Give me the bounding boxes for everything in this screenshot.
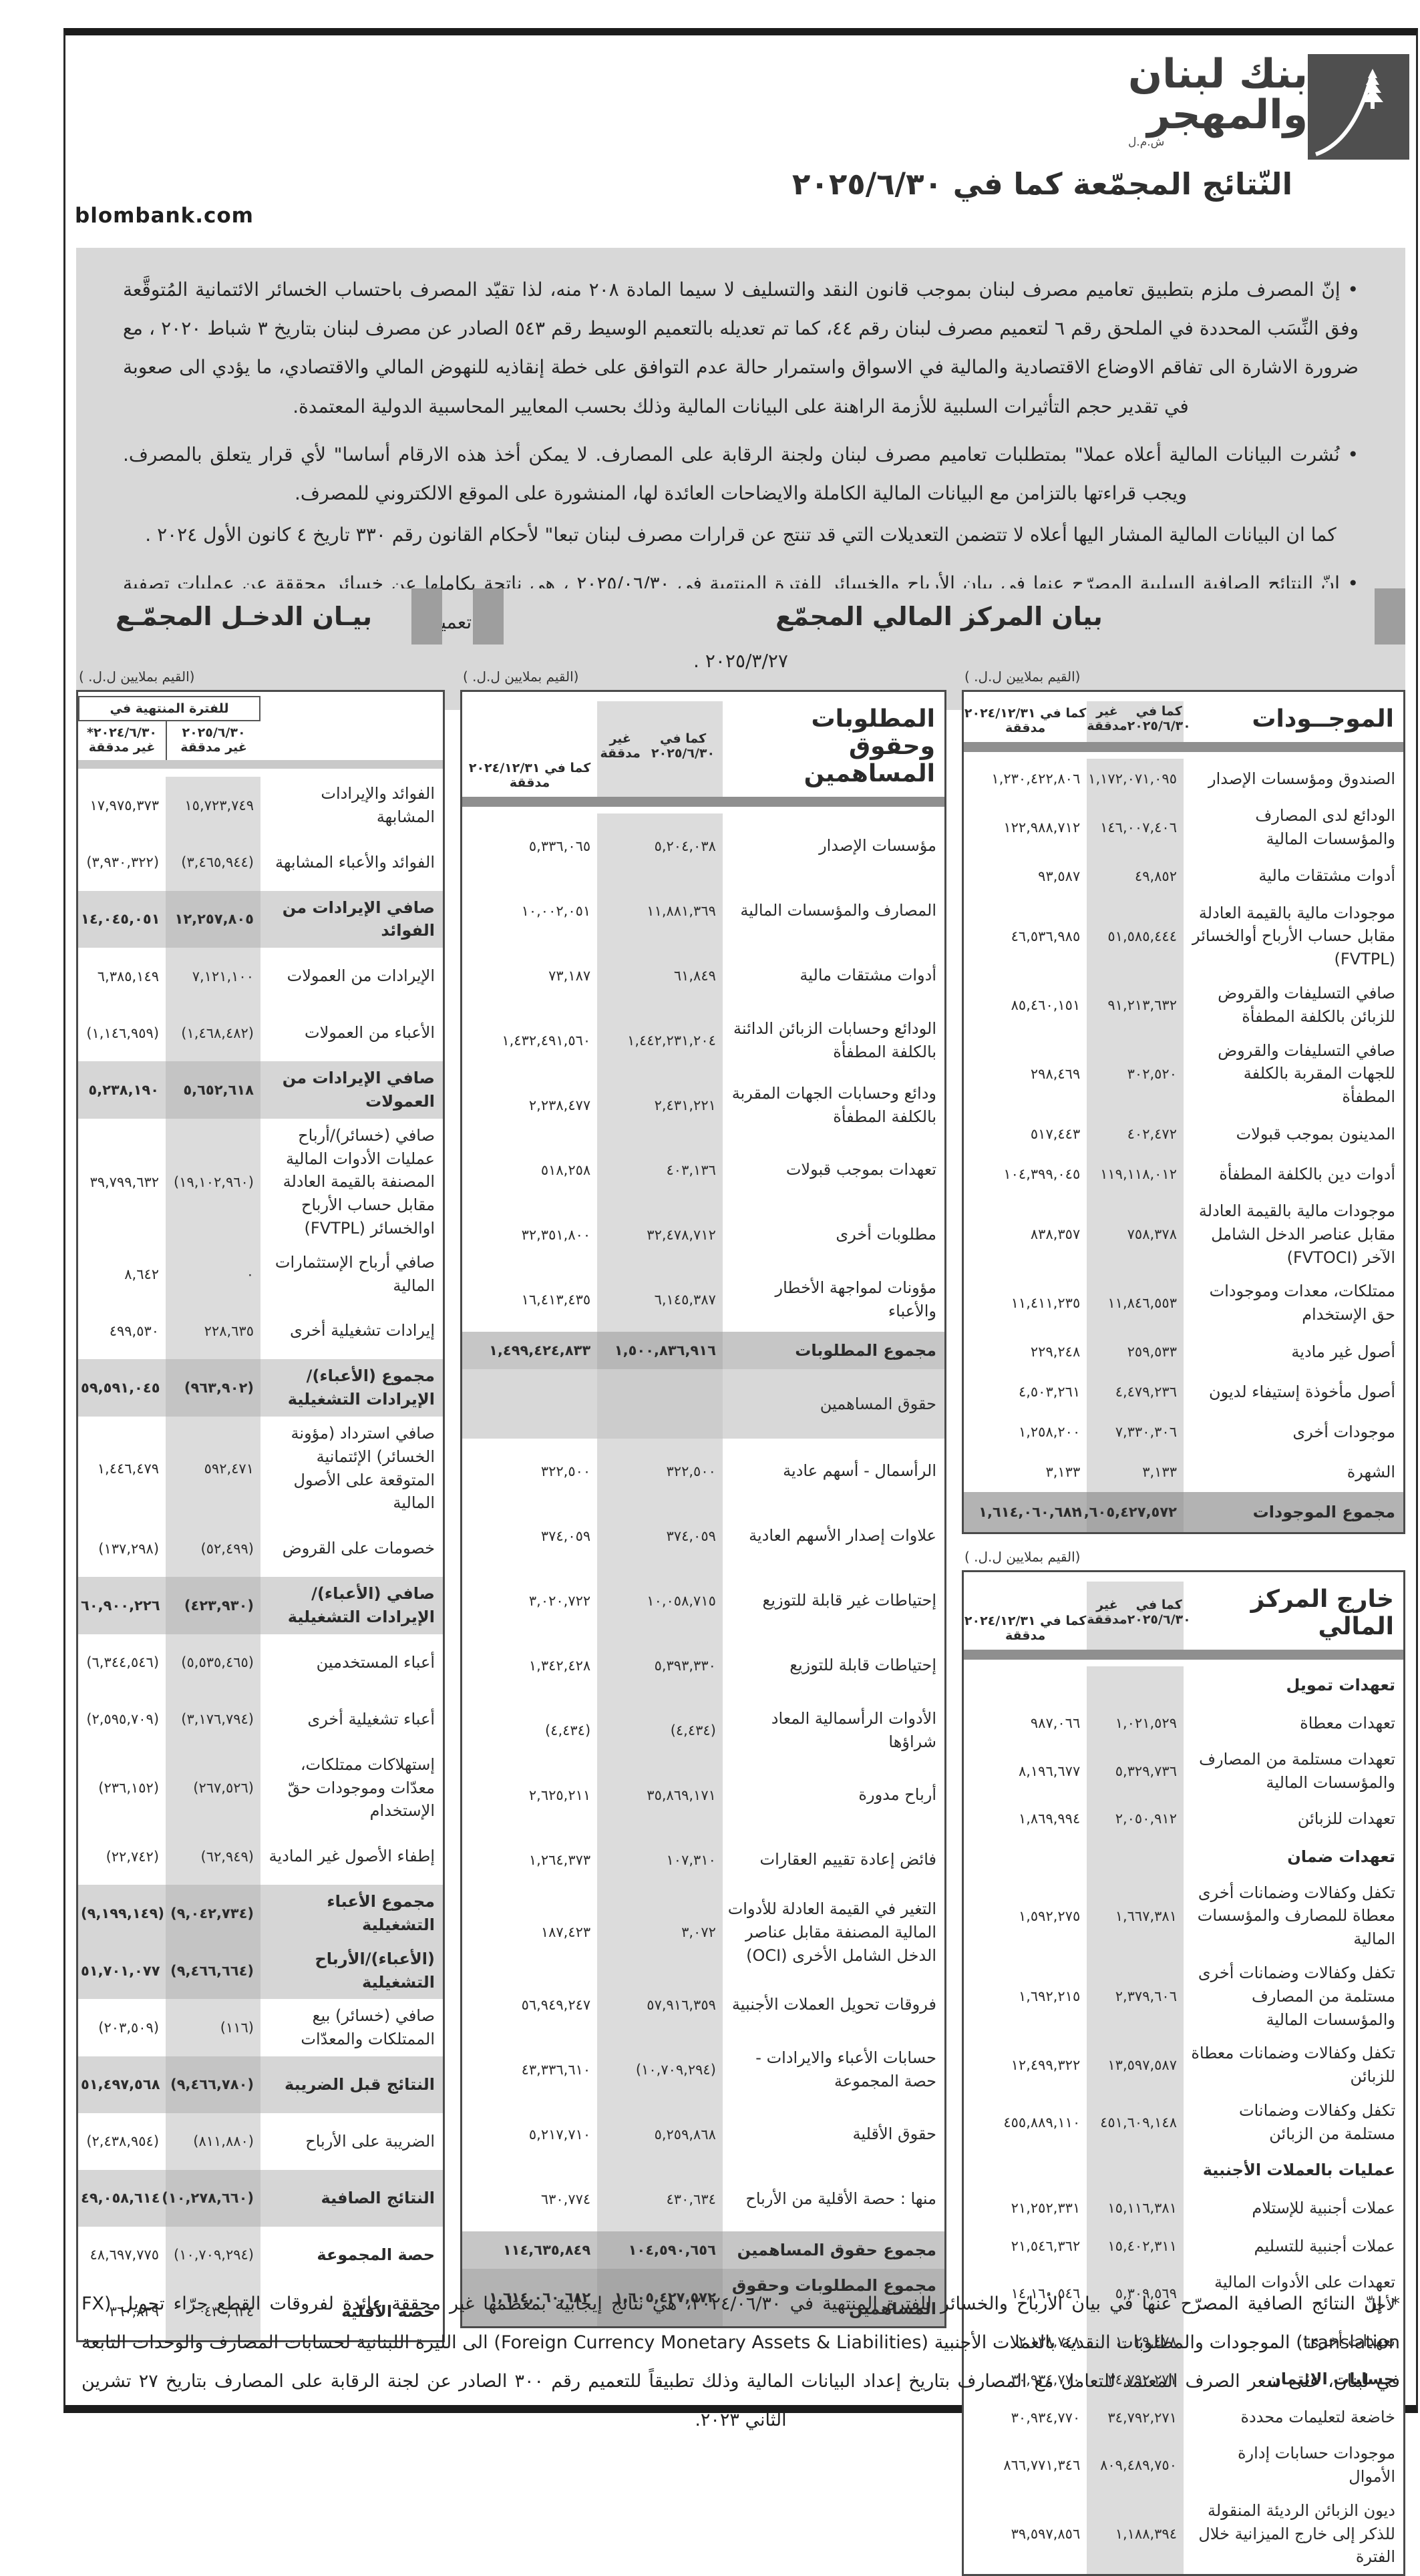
value-2024: ٣٢,٣٥١,٨٠٠ [462,1222,597,1248]
value-2024: ٥,٣٣٦,٠٦٥ [462,833,597,860]
column-header-audit-status: غير مدققة [168,740,259,755]
value-2025: ١,١٨٨,٣٩٤ [1087,2494,1184,2574]
column-header-audit-status: غير مدققة [1087,1598,1127,1627]
row-label: فروقات تحويل العملات الأجنبية [723,1988,944,2022]
value-2025 [1087,1838,1184,1876]
table-title: المطلوبات وحقوق المساهمين [723,701,944,797]
units-note: (القيم بملايين ل.ل. ) [76,669,445,690]
row-label: إيرادات تشغيلية أخرى [260,1314,443,1348]
bank-name-line1: بنك لبنان [1128,54,1308,95]
value-2025: ١١,٨٨١,٣٦٩ [597,878,723,943]
row-label: إحتياطات غير قابلة للتوزيع [723,1584,944,1618]
value-2025: (٢٦٧,٥٢٦) [166,1748,260,1828]
value-2024: ٣,١٣٣ [964,1459,1087,1485]
value-2025: ٢,٤٣١,٢٢١ [597,1073,723,1137]
value-2024: ١,٢٥٨,٢٠٠ [964,1419,1087,1445]
table-row: حقوق الأقلية٥,٢٥٩,٨٦٨٥,٢١٧,٧١٠ [462,2102,944,2167]
value-2025: ٥,٢٥٩,٨٦٨ [597,2102,723,2167]
value-2025: ١١٩,١١٨,٠١٢ [1087,1154,1184,1194]
value-2024: (٢,٥٩٥,٧٠٩) [78,1706,166,1732]
value-2025: ١٣,٥٩٧,٥٨٧ [1087,2036,1184,2094]
value-2025: (٩,٠٤٢,٧٣٤) [166,1885,260,1942]
value-2024 [964,1851,1087,1862]
value-2024: ٨,٦٤٢ [78,1261,166,1288]
value-2024: ٨٦٦,٧٧١,٣٤٦ [964,2452,1087,2478]
value-2025: ٥,٢٠٤,٠٣٨ [597,813,723,878]
table-row: صافي التسليفات والقروض للزبائن بالكلفة ا… [964,976,1403,1034]
row-label: عمليات بالعملات الأجنبية [1184,2153,1403,2187]
table-header: المطلوبات وحقوق المساهمينكما في ٢٠٢٥/٦/٣… [462,692,944,797]
value-2024: ١٠,٠٠٢,٠٥١ [462,898,597,924]
value-2024: ٥١,٧٠١,٠٧٧ [78,1958,166,1984]
value-2024: ١,٣٤٢,٤٢٨ [462,1652,597,1679]
value-2024: ٣٧٤,٠٥٩ [462,1523,597,1549]
value-2024: (٢٠٣,٥٠٩) [78,2014,166,2041]
value-2025: ٩١,٢١٣,٦٣٢ [1087,976,1184,1034]
table-row: موجودات حسابات إدارة الأموال٨٠٩,٤٨٩,٧٥٠٨… [964,2436,1403,2494]
value-2025: ١١,٨٤٦,٥٥٣ [1087,1274,1184,1332]
value-2024: ٢٩٨,٤٦٩ [964,1061,1087,1087]
value-2024: ٢٢٩,٢٤٨ [964,1338,1087,1365]
value-2025: (١,٤٦٨,٤٨٢) [166,1004,260,1061]
value-2024: (٤,٤٣٤) [462,1717,597,1744]
value-2024: ٤٩٩,٥٣٠ [78,1318,166,1344]
row-label: تعهدات معطاة [1184,1706,1403,1740]
table-row: المدينون بموجب قبولات٤٠٢,٤٧٢٥١٧,٤٤٣ [964,1114,1403,1154]
value-2025: (٥٢,٤٩٩) [166,1520,260,1577]
section-title-income-statement: بيـان الدخـل المجمّـع [76,588,442,645]
table-row: أعباء المستخدمين(٥,٥٣٥,٤٦٥)(٦,٣٤٤,٥٤٦) [78,1634,443,1691]
column-header: كما في ٢٠٢٥/٦/٣٠غير مدققة [1087,701,1184,742]
value-2024: ٥١٨,٢٥٨ [462,1157,597,1183]
table-row: الأعباء من العمولات(١,٤٦٨,٤٨٢)(١,١٤٦,٩٥٩… [78,1004,443,1061]
page-frame: بنك لبنان والمهجر ش.م.ل النّتائج المجمّع… [63,28,1418,2413]
value-2024: ٨,١٩٦,٦٧٧ [964,1758,1087,1785]
table-row: صافي أرباح الإستثمارات المالية٠٨,٦٤٢ [78,1246,443,1303]
row-label: موجودات حسابات إدارة الأموال [1184,2436,1403,2494]
column-header: *٢٠٢٤/٦/٣٠غير مدققة [78,720,166,760]
row-label: أصول مأخوذة إستيفاء لديون [1184,1375,1403,1409]
table-row: أصول مأخوذة إستيفاء لديون٤,٤٧٩,٢٣٦٤,٥٠٣,… [964,1372,1403,1412]
table-title: الموجــودات [1184,701,1403,742]
column-header-date: كما في ٢٠٢٥/٦/٣٠ [1127,1598,1191,1627]
row-label: الإيرادات من العمولات [260,959,443,993]
cedar-logo-icon [1308,54,1409,160]
table-header: الموجــوداتكما في ٢٠٢٥/٦/٣٠غير مدققةكما … [964,692,1403,742]
table-row: علاوات إصدار الأسهم العادية٣٧٤,٠٥٩٣٧٤,٠٥… [462,1503,944,1568]
row-label: الفوائد والأعباء المشابهة [260,846,443,880]
value-2025: ٢٢٨,٦٣٥ [166,1302,260,1359]
row-label: صافي أرباح الإستثمارات المالية [260,1246,443,1303]
value-2024: ٢,٦٢٥,٢١١ [462,1782,597,1809]
value-2024: ١,٤٣٢,٤٩١,٥٦٠ [462,1027,597,1054]
table-row: أرباح مدورة٣٥,٨٦٩,١٧١٢,٦٢٥,٢١١ [462,1763,944,1827]
total-row: مجموع حقوق المساهمين١٠٤,٥٩٠,٦٥٦١١٤,٦٣٥,٨… [462,2231,944,2269]
value-2024: ٧٣,١٨٧ [462,962,597,989]
value-2024: ١٨٧,٤٢٣ [462,1919,597,1946]
value-2025: ٤٩,٨٥٢ [1087,856,1184,896]
subheader-row: عمليات بالعملات الأجنبية [964,2151,1403,2189]
website-url: blombank.com [75,204,254,228]
row-label: علاوات إصدار الأسهم العادية [723,1519,944,1553]
column-header-date: كما في ٢٠٢٤/١٢/٣١ [964,706,1087,721]
row-label: الرأسمال - أسهم عادية [723,1454,944,1488]
value-2025: ٥,٦٥٢,٦١٨ [166,1061,260,1119]
table-row: تكفل وكفالات وضمانات مستلمة من الزبائن٤٥… [964,2094,1403,2151]
value-2024: (٢٣٦,١٥٢) [78,1775,166,1801]
value-2025: ٤٣٠,٦٣٤ [597,2167,723,2231]
row-label: أرباح مدورة [723,1778,944,1812]
band-end-square [1375,588,1405,645]
value-2025: ٢٥٩,٥٣٣ [1087,1332,1184,1372]
table-row: الفوائد والأعباء المشابهة(٣,٤٦٥,٩٤٤)(٣,٩… [78,834,443,891]
value-2025: ١٥,٧٢٣,٧٤٩ [166,777,260,834]
subheader-row: تعهدات ضمان [964,1838,1403,1876]
row-label: صافي استرداد (مؤونة الخسائر) الإئتمانية … [260,1417,443,1520]
row-label: مؤونات لمواجهة الأخطار والأعباء [723,1271,944,1328]
value-2024: ٥١,٤٩٧,٥٦٨ [78,2071,166,2098]
value-2024: ١١,٤١١,٢٣٥ [964,1290,1087,1316]
column-header-date: *٢٠٢٤/٦/٣٠ [79,725,164,740]
income-table-header: للفترة المنتهية في٢٠٢٥/٦/٣٠غير مدققة*٢٠٢… [78,692,443,760]
value-2024: ١١٤,٦٣٥,٨٤٩ [462,2237,597,2263]
value-2025: ٢,٠٥٠,٩١٢ [1087,1800,1184,1838]
row-label: صافي التسليفات والقروض للجهات المقربة با… [1184,1034,1403,1114]
value-2025: (٥,٥٣٥,٤٦٥) [166,1634,260,1691]
units-note: (القيم بملايين ل.ل. ) [460,669,946,690]
row-label: مجموع المطلوبات [723,1334,944,1368]
intro-paragraph: • إنّ المصرف ملزم بتطبيق تعاميم مصرف لبن… [123,270,1359,426]
value-2025: (٩,٤٦٦,٧٨٠) [166,2056,260,2113]
value-2025: ٤٠٣,١٣٦ [597,1137,723,1202]
table-row: موجودات مالية بالقيمة العادلة مقابل حساب… [964,896,1403,976]
value-2025: (٩,٤٦٦,٦٦٤) [166,1942,260,2000]
table-row: إحتياطات غير قابلة للتوزيع١٠,٠٥٨,٧١٥٣,٠٢… [462,1568,944,1633]
table-row: مطلوبات أخرى٣٢,٤٧٨,٧١٢٣٢,٣٥١,٨٠٠ [462,1202,944,1267]
section-title-financial-position: بيان المركز المالي المجمّع [473,588,1405,645]
row-label: موجودات مالية بالقيمة العادلة مقابل حساب… [1184,896,1403,976]
value-2025: ٧,١٢١,١٠٠ [166,948,260,1004]
row-label: تعهدات تمويل [1184,1668,1403,1702]
value-2024: ١,٥٩٢,٢٧٥ [964,1903,1087,1929]
row-label: ممتلكات، معدات وموجودات حق الإستخدام [1184,1274,1403,1332]
table-row: تعهدات مستلمة من المصارف والمؤسسات المال… [964,1742,1403,1800]
table-row: الشهرة٣,١٣٣٣,١٣٣ [964,1452,1403,1492]
value-2025 [1087,1666,1184,1704]
row-label: تعهدات للزبائن [1184,1802,1403,1836]
column-header-audit-status: غير مدققة [79,740,164,755]
value-2025: ٥,٣٩٣,٣٣٠ [597,1633,723,1698]
value-2024: ١٤,٠٤٥,٠٥١ [78,906,166,932]
row-label: صافي الإيرادات من الفوائد [260,891,443,948]
row-label: أعباء المستخدمين [260,1646,443,1680]
total-row: صافي (الأعباء)/ الإيرادات التشغيلية(٤٢٣,… [78,1577,443,1634]
value-2025: (١٠,٧٠٩,٢٩٤) [597,2037,723,2102]
row-label: صافي (الأعباء)/ الإيرادات التشغيلية [260,1577,443,1634]
value-2024: ١,٦٩٢,٢١٥ [964,1983,1087,2010]
column-header: كما في ٢٠٢٥/٦/٣٠غير مدققة [597,701,723,797]
row-label: إستهلاكات ممتلكات، معدّات وموجودات حقّ ا… [260,1748,443,1828]
value-2025: ١٤٦,٠٠٧,٤٠٦ [1087,799,1184,856]
value-2025: ١,١٧٢,٠٧١,٠٩٥ [1087,759,1184,799]
table-row: مؤسسات الإصدار٥,٢٠٤,٠٣٨٥,٣٣٦,٠٦٥ [462,813,944,878]
table-row: الرأسمال - أسهم عادية٣٢٢,٥٠٠٣٢٢,٥٠٠ [462,1439,944,1503]
row-label: صافي (خسائر)/أرباح عمليات الأدوات المالي… [260,1119,443,1246]
row-label: تكفل وكفالات وضمانات مستلمة من الزبائن [1184,2094,1403,2151]
table-row: موجودات مالية بالقيمة العادلة مقابل عناص… [964,1194,1403,1274]
value-2025: ٧٥٨,٣٧٨ [1087,1194,1184,1274]
row-label: حقوق الأقلية [723,2117,944,2151]
row-label: التغير في القيمة العادلة للأدوات المالية… [723,1892,944,1972]
value-2024: ١٠٤,٣٩٩,٠٤٥ [964,1161,1087,1187]
value-2024: ٢,٢٣٨,٤٧٧ [462,1092,597,1119]
row-label: مجموع (الأعباء)/ الإيرادات التشغيلية [260,1359,443,1417]
value-2024: ٥١٧,٤٤٣ [964,1121,1087,1147]
row-label: أعباء تشغيلية أخرى [260,1702,443,1736]
value-2025: ١,٤٤٢,٢٣١,٢٠٤ [597,1008,723,1073]
row-label: تكفل وكفالات وضمانات أخرى مستلمة من المص… [1184,1956,1403,2036]
value-2025: ١,٠٢١,٥٢٩ [1087,1704,1184,1742]
value-2025: ٤,٤٧٩,٢٣٦ [1087,1372,1184,1412]
value-2025: (٦٢,٩٤٩) [166,1828,260,1885]
intro-paragraph: • نُشرت البيانات المالية أعلاه عملا" بمت… [123,435,1359,513]
table-row: إيرادات تشغيلية أخرى٢٢٨,٦٣٥٤٩٩,٥٣٠ [78,1302,443,1359]
value-2024: ٦,٣٨٥,١٤٩ [78,963,166,990]
value-2024: ٥٩,٥٩١,٠٤٥ [78,1374,166,1401]
column-header-date: كما في ٢٠٢٥/٦/٣٠ [1127,704,1191,733]
table-row: تكفل وكفالات وضمانات معطاة للزبائن١٣,٥٩٧… [964,2036,1403,2094]
row-label: صافي التسليفات والقروض للزبائن بالكلفة ا… [1184,976,1403,1034]
table-row: أعباء تشغيلية أخرى(٣,١٧٦,٧٩٤)(٢,٥٩٥,٧٠٩) [78,1691,443,1748]
row-label: خصومات على القروض [260,1531,443,1566]
value-2025: ٥٩٢,٤٧١ [166,1417,260,1520]
value-2025: ٣,١٣٣ [1087,1452,1184,1492]
column-header: كما في ٢٠٢٤/١٢/٣١مدققة [462,761,597,797]
intro-paragraph: كما ان البيانات المالية المشار اليها أعل… [123,516,1359,554]
bank-logo: بنك لبنان والمهجر ش.م.ل [1119,54,1409,160]
value-2025: ٣٢,٤٧٨,٧١٢ [597,1202,723,1267]
row-label: (الأعباء)/الأرباح التشغيلية [260,1942,443,2000]
row-label: مطلوبات أخرى [723,1218,944,1252]
table-row: فائض إعادة تقييم العقارات١٠٧,٣١٠١,٢٦٤,٣٧… [462,1827,944,1892]
value-2025: (٤٢٣,٩٣٠) [166,1577,260,1634]
value-2025: ٥١,٥٨٥,٤٤٤ [1087,896,1184,976]
value-2024: (٣,٩٣٠,٣٢٢) [78,849,166,876]
value-2024: ٣٩,٧٩٩,٦٣٢ [78,1169,166,1195]
value-2025: ٦,١٤٥,٣٨٧ [597,1267,723,1332]
table-row: صافي استرداد (مؤونة الخسائر) الإئتمانية … [78,1417,443,1520]
value-2025: ٢,٣٧٩,٦٠٦ [1087,1956,1184,2036]
table-row: حصة المجموعة(١٠,٧٠٩,٢٩٤)٤٨,٦٩٧,٧٧٥ [78,2227,443,2283]
column-header-audit-status: غير مدققة [597,731,643,761]
value-2024: ٢١,٥٤٦,٣٦٢ [964,2233,1087,2259]
row-label: أدوات دين بالكلفة المطفأة [1184,1157,1403,1191]
subheader-row: تعهدات تمويل [964,1666,1403,1704]
value-2024: (٢,٤٣٨,٩٥٤) [78,2128,166,2155]
row-label: فائض إعادة تقييم العقارات [723,1843,944,1877]
row-label: مجموع الأعباء التشغيلية [260,1885,443,1942]
table-title: خارج المركز المالي [1184,1582,1403,1650]
table-row: صافي (خسائر)/أرباح عمليات الأدوات المالي… [78,1119,443,1246]
header-separator [78,760,443,769]
row-label: النتائج قبل الضريبة [260,2068,443,2102]
value-2024: ٤٦,٥٣٦,٩٨٥ [964,923,1087,950]
table-row: الأدوات الرأسمالية المعاد شراؤها(٤,٤٣٤)(… [462,1698,944,1763]
row-label: موجودات أخرى [1184,1415,1403,1449]
row-label: النتائج الصافية [260,2181,443,2215]
bank-wordmark: بنك لبنان والمهجر ش.م.ل [1128,54,1308,149]
value-2024: ٨٣٨,٣٥٧ [964,1221,1087,1248]
row-label: المدينون بموجب قبولات [1184,1117,1403,1151]
column-header-date: كما في ٢٠٢٤/١٢/٣١ [462,761,597,775]
value-2024: ٦٣٠,٧٧٤ [462,2186,597,2213]
value-2024: ٩٨٧,٠٦٦ [964,1710,1087,1736]
table-row: عملات أجنبية للإستلام١٥,١١٦,٣٨١٢١,٢٥٢,٣٣… [964,2189,1403,2227]
liabilities-equity-table: المطلوبات وحقوق المساهمينكما في ٢٠٢٥/٦/٣… [460,690,946,2328]
row-label: تعهدات مستلمة من المصارف والمؤسسات المال… [1184,1742,1403,1800]
value-2025: ١٢,٢٥٧,٨٠٥ [166,891,260,948]
total-row: صافي الإيرادات من الفوائد١٢,٢٥٧,٨٠٥١٤,٠٤… [78,891,443,948]
table-row: صافي التسليفات والقروض للجهات المقربة با… [964,1034,1403,1114]
row-label: الشهرة [1184,1455,1403,1489]
table-row: إطفاء الأصول غير المادية(٦٢,٩٤٩)(٢٢,٧٤٢) [78,1828,443,1885]
table-row: ودائع وحسابات الجهات المقربة بالكلفة الم… [462,1073,944,1137]
header-separator [462,797,944,807]
value-2025: (٣,١٧٦,٧٩٤) [166,1691,260,1748]
table-row: الضريبة على الأرباح(٨١١,٨٨٠)(٢,٤٣٨,٩٥٤) [78,2113,443,2170]
value-2025: ٣٠٢,٥٢٠ [1087,1034,1184,1114]
row-label: الأدوات الرأسمالية المعاد شراؤها [723,1702,944,1759]
value-2024: ٦٠,٩٠٠,٢٢٦ [78,1592,166,1619]
value-2025: (١٠,٢٧٨,٦٦٠) [166,2170,260,2227]
table-row: تعهدات للزبائن٢,٠٥٠,٩١٢١,٨٦٩,٩٩٤ [964,1800,1403,1838]
row-label: الفوائد والإيرادات المشابهة [260,777,443,834]
row-label: إحتياطات قابلة للتوزيع [723,1648,944,1682]
value-2024 [964,2165,1087,2175]
value-2024: ١,٢٣٠,٤٢٢,٨٠٦ [964,765,1087,792]
table-row: تكفل وكفالات وضمانات أخرى مستلمة من المص… [964,1956,1403,2036]
band-end-square [411,588,442,645]
table-row: الصندوق ومؤسسات الإصدار١,١٧٢,٠٧١,٠٩٥١,٢٣… [964,759,1403,799]
table-row: ممتلكات، معدات وموجودات حق الإستخدام١١,٨… [964,1274,1403,1332]
value-2025: (١٠,٧٠٩,٢٩٤) [166,2227,260,2283]
section-bands: بيـان الدخـل المجمّـع بيان المركز المالي… [76,588,1405,645]
table-header: خارج المركز الماليكما في ٢٠٢٥/٦/٣٠غير مد… [964,1572,1403,1650]
value-2024 [964,1680,1087,1690]
total-row: مجموع المطلوبات١,٥٠٠,٨٣٦,٩١٦١,٤٩٩,٤٢٤,٨٣… [462,1332,944,1369]
header-separator [964,1650,1403,1660]
value-2024: ٤٣,٣٣٦,٦١٠ [462,2056,597,2083]
row-label: حصة المجموعة [260,2238,443,2272]
column-header: كما في ٢٠٢٤/١٢/٣١مدققة [964,706,1087,742]
table-row: الودائع وحسابات الزبائن الدائنة بالكلفة … [462,1008,944,1073]
value-2024: (٦,٣٤٤,٥٤٦) [78,1649,166,1676]
income-statement-table: للفترة المنتهية في٢٠٢٥/٦/٣٠غير مدققة*٢٠٢… [76,690,445,2342]
row-label: تعهدات بموجب قبولات [723,1153,944,1187]
value-2024: ٥,٢٣٨,١٩٠ [78,1077,166,1103]
value-2024: (١٣٧,٢٩٨) [78,1535,166,1562]
row-label: عملات أجنبية للتسليم [1184,2229,1403,2263]
bank-name-line2: والمهجر [1128,95,1308,136]
value-2024: (٢٢,٧٤٢) [78,1843,166,1870]
table-row: ديون الزبائن الرديئة المنقولة للذكر إلى … [964,2494,1403,2574]
value-2024: ٣٢٢,٥٠٠ [462,1458,597,1485]
value-2025: ٤٥١,٦٠٩,١٤٨ [1087,2094,1184,2151]
period-label: للفترة المنتهية في [78,696,260,720]
units-note: (القيم بملايين ل.ل. ) [962,669,1405,690]
row-label: تعهدات ضمان [1184,1840,1403,1874]
row-label: الضريبة على الأرباح [260,2125,443,2159]
row-label: أصول غير مادية [1184,1335,1403,1369]
row-label: تكفل وكفالات وضمانات أخرى معطاة للمصارف … [1184,1876,1403,1956]
value-2025: ١٠٧,٣١٠ [597,1827,723,1892]
total-row: مجموع (الأعباء)/ الإيرادات التشغيلية(٩٦٣… [78,1359,443,1417]
column-header-audit-status: مدققة [964,1628,1087,1643]
column-header: كما في ٢٠٢٥/٦/٣٠غير مدققة [1087,1582,1184,1650]
row-label: مؤسسات الإصدار [723,829,944,863]
value-2024: ٣٩,٥٩٧,٨٥٦ [964,2521,1087,2547]
value-2024: ٨٥,٤٦٠,١٥١ [964,992,1087,1019]
table-row: التغير في القيمة العادلة للأدوات المالية… [462,1892,944,1972]
value-2024: ١٢,٤٩٩,٣٢٢ [964,2052,1087,2078]
table-row: تعهدات بموجب قبولات٤٠٣,١٣٦٥١٨,٢٥٨ [462,1137,944,1202]
table-row: أصول غير مادية٢٥٩,٥٣٣٢٢٩,٢٤٨ [964,1332,1403,1372]
row-label: صافي الإيرادات من العمولات [260,1061,443,1119]
row-label: مجموع الموجودات [1184,1495,1403,1529]
row-label: منها : حصة الأقلية من الأرباح [723,2182,944,2216]
value-2024: ١٢٢,٩٨٨,٧١٢ [964,814,1087,841]
row-label: صافي (خسائر) بيع الممتلكات والمعدّات [260,1999,443,2056]
table-row: الإيرادات من العمولات٧,١٢١,١٠٠٦,٣٨٥,١٤٩ [78,948,443,1004]
value-2024: (٩,١٩٩,١٤٩) [78,1900,166,1927]
row-label: أدوات مشتقات مالية [723,958,944,992]
table-row: مؤونات لمواجهة الأخطار والأعباء٦,١٤٥,٣٨٧… [462,1267,944,1332]
row-label: مجموع حقوق المساهمين [723,2233,944,2267]
value-2024: ١٧,٩٧٥,٣٧٣ [78,792,166,819]
value-2024: ٤,٥٠٣,٢٦١ [964,1378,1087,1405]
table-row: الفوائد والإيرادات المشابهة١٥,٧٢٣,٧٤٩١٧,… [78,777,443,834]
value-2025: ١٥,٤٠٢,٣١١ [1087,2227,1184,2265]
value-2025: ٥٧,٩١٦,٣٥٩ [597,1972,723,2037]
row-label: المصارف والمؤسسات المالية [723,894,944,928]
value-2025: ٠ [166,1246,260,1303]
footnote: * إنّ النتائج الصافية المصرّح عنها في بي… [81,2285,1400,2440]
table-row: حسابات الأعباء والايرادات - حصة المجموعة… [462,2037,944,2102]
value-2024: ٣,٠٢٠,٧٢٢ [462,1588,597,1614]
row-label: ودائع وحسابات الجهات المقربة بالكلفة الم… [723,1077,944,1134]
value-2024: ١,٦١٤,٠٦٠,٦٨٢ [964,1499,1087,1525]
total-row: النتائج الصافية(١٠,٢٧٨,٦٦٠)٤٩,٠٥٨,٦١٤ [78,2170,443,2227]
row-label: أدوات مشتقات مالية [1184,859,1403,893]
value-2025: ٦١,٨٤٩ [597,943,723,1008]
value-2024: ١,٢٦٤,٣٧٣ [462,1847,597,1873]
total-row: مجموع الأعباء التشغيلية(٩,٠٤٢,٧٣٤)(٩,١٩٩… [78,1885,443,1942]
value-2024: ٥٦,٩٤٩,٢٤٧ [462,1992,597,2018]
liabilities-equity-column: (القيم بملايين ل.ل. ) المطلوبات وحقوق ال… [460,669,946,2328]
total-row: مجموع الموجودات١,٦٠٥,٤٢٧,٥٧٢١,٦١٤,٠٦٠,٦٨… [964,1492,1403,1532]
column-header-audit-status: مدققة [462,775,597,790]
row-label: الودائع لدى المصارف والمؤسسات المالية [1184,799,1403,856]
total-row: (الأعباء)/الأرباح التشغيلية(٩,٤٦٦,٦٦٤)٥١… [78,1942,443,2000]
value-2025 [1087,2151,1184,2189]
table-row: فروقات تحويل العملات الأجنبية٥٧,٩١٦,٣٥٩٥… [462,1972,944,2037]
row-label: تكفل وكفالات وضمانات معطاة للزبائن [1184,2036,1403,2094]
total-row: صافي الإيرادات من العمولات٥,٦٥٢,٦١٨٥,٢٣٨… [78,1061,443,1119]
table-row: خصومات على القروض(٥٢,٤٩٩)(١٣٧,٢٩٨) [78,1520,443,1577]
band-end-square [473,588,504,645]
value-2024: ١٦,٤١٣,٤٣٥ [462,1286,597,1313]
value-2024: ٩٣,٥٨٧ [964,863,1087,890]
